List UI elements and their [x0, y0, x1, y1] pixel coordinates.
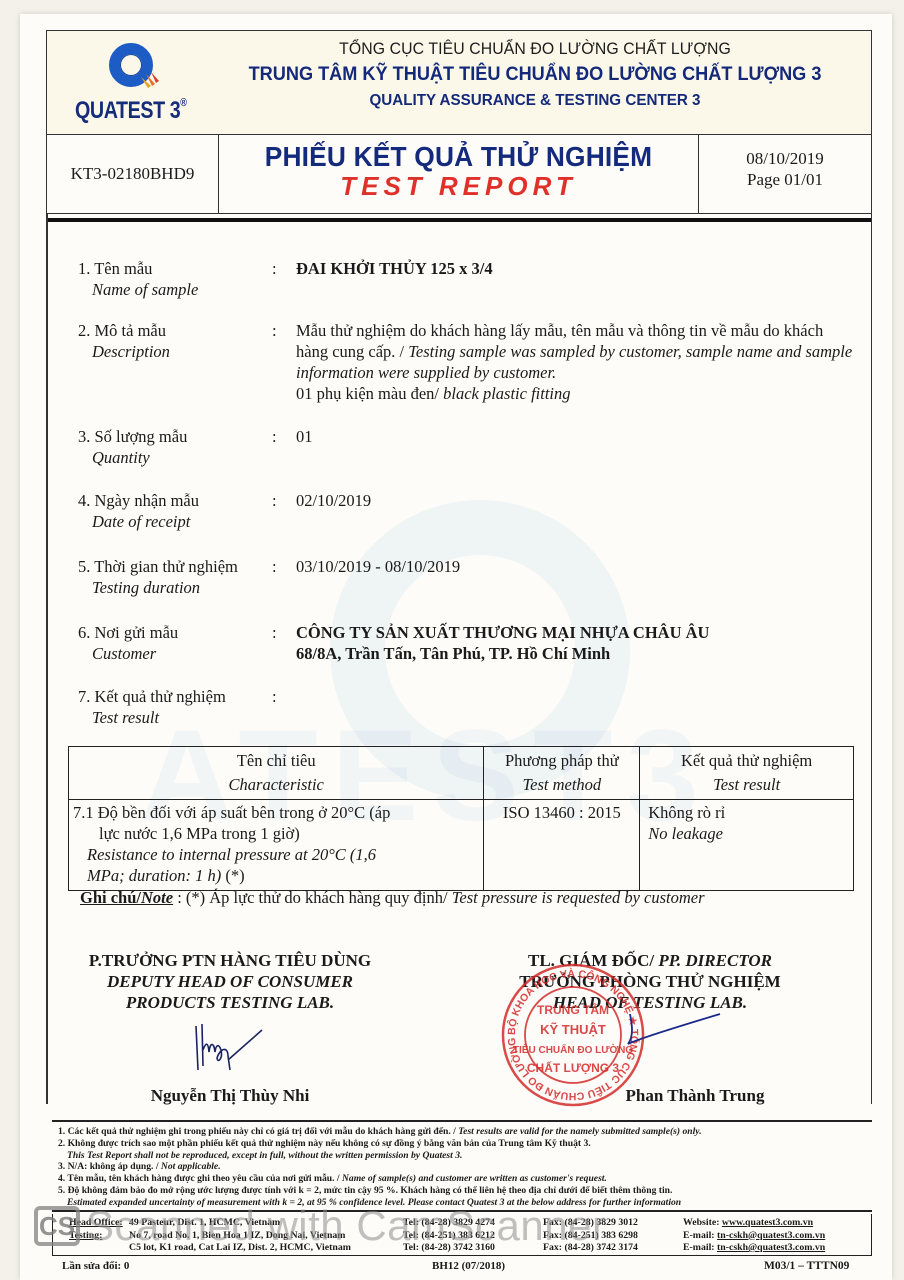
- results-table: Tên chỉ tiêuCharacteristic Phương pháp t…: [68, 746, 854, 891]
- field-value: CÔNG TY SẢN XUẤT THƯƠNG MẠI NHỰA CHÂU ÂU…: [296, 622, 856, 664]
- org-parent-name: TỔNG CỤC TIÊU CHUẨN ĐO LƯỜNG CHẤT LƯỢNG: [237, 39, 832, 59]
- disclaimer-item-en: This Test Report shall not be reproduced…: [58, 1150, 872, 1162]
- field-label-en: Testing duration: [78, 577, 274, 598]
- signature-icon: [188, 1020, 268, 1076]
- report-date-page: 08/10/2019 Page 01/01: [699, 135, 871, 213]
- org-name-en: QUALITY ASSURANCE & TESTING CENTER 3: [231, 92, 839, 110]
- report-title-vn: PHIẾU KẾT QUẢ THỬ NGHIỆM: [233, 141, 683, 173]
- field-label-en: Customer: [78, 643, 274, 664]
- field-value: 02/10/2019: [296, 490, 856, 511]
- signer-title-vn: P.TRƯỞNG PTN HÀNG TIÊU DÙNG: [70, 950, 390, 971]
- note: Ghi chú/Note : (*) Áp lực thử do khách h…: [80, 888, 705, 908]
- logo-rays-icon: [139, 71, 161, 89]
- colon: :: [272, 320, 277, 341]
- customer-name: CÔNG TY SẢN XUẤT THƯƠNG MẠI NHỰA CHÂU ÂU: [296, 622, 856, 643]
- signer-name: Nguyễn Thị Thùy Nhi: [70, 1085, 390, 1106]
- page-number: Page 01/01: [699, 169, 871, 190]
- field-label-en: Test result: [78, 707, 274, 728]
- form-code: BH12 (07/2018): [432, 1260, 505, 1272]
- field-label-vn: 4. Ngày nhận mẫu: [78, 491, 199, 510]
- svg-text:CHẤT LƯỢNG 3: CHẤT LƯỢNG 3: [527, 1060, 620, 1075]
- email-link[interactable]: tn-cskh@quatest3.com.vn: [717, 1242, 825, 1253]
- field-label-vn: 1. Tên mẫu: [78, 259, 152, 278]
- website-link[interactable]: www.quatest3.com.vn: [722, 1217, 813, 1228]
- colon: :: [272, 556, 277, 577]
- report-title-en: TEST REPORT: [219, 171, 698, 202]
- svg-text:TIÊU CHUẨN ĐO LƯỜNG: TIÊU CHUẨN ĐO LƯỜNG: [513, 1043, 633, 1056]
- left-border: [46, 214, 48, 1104]
- letterhead: QUATEST 3® TỔNG CỤC TIÊU CHUẨN ĐO LƯỜNG …: [46, 30, 872, 134]
- disclaimer-item: 4. Tên mẫu, tên khách hàng được ghi theo…: [58, 1173, 872, 1185]
- field-value: Mẫu thử nghiệm do khách hàng lấy mẫu, tê…: [296, 320, 856, 404]
- cell-test-result: Không rò rỉ No leakage: [640, 800, 854, 891]
- report-date: 08/10/2019: [699, 148, 871, 169]
- header-divider: [46, 218, 872, 222]
- disclaimer-notes: 1. Các kết quả thử nghiệm ghi trong phiế…: [52, 1120, 872, 1212]
- svg-text:TRUNG TÂM: TRUNG TÂM: [537, 1002, 609, 1017]
- header-test-result: Kết quả thử nghiệmTest result: [640, 747, 854, 800]
- field-label-en: Name of sample: [78, 279, 274, 300]
- signer-title-en-2: PRODUCTS TESTING LAB.: [70, 992, 390, 1013]
- report-code: KT3-02180BHD9: [47, 135, 219, 213]
- camscanner-watermark: Scanned with CamScanner: [86, 1202, 606, 1250]
- svg-text:KỸ THUẬT: KỸ THUẬT: [540, 1022, 606, 1037]
- field-label-vn: 2. Mô tả mẫu: [78, 321, 166, 340]
- disclaimer-item: 5. Độ không đảm bảo đo mở rộng ước lượng…: [58, 1185, 872, 1197]
- right-border: [871, 214, 873, 1104]
- field-label-en: Quantity: [78, 447, 274, 468]
- revision-number: Lần sửa đổi: 0: [62, 1260, 129, 1272]
- quatest-logo: QUATEST 3®: [75, 43, 195, 133]
- field-label-vn: 5. Thời gian thử nghiệm: [78, 557, 238, 576]
- org-name-vn: TRUNG TÂM KỸ THUẬT TIÊU CHUẨN ĐO LƯỜNG C…: [237, 63, 832, 86]
- customer-address: 68/8A, Trần Tấn, Tân Phú, TP. Hồ Chí Min…: [296, 643, 856, 664]
- field-label-vn: 6. Nơi gửi mẫu: [78, 623, 178, 642]
- cell-test-method: ISO 13460 : 2015: [484, 800, 640, 891]
- web-email-column: Website: www.quatest3.com.vn E-mail: tn-…: [683, 1217, 873, 1255]
- field-label-vn: 7. Kết quả thử nghiệm: [78, 687, 226, 706]
- field-label-en: Description: [78, 341, 274, 362]
- disclaimer-item: 2. Không được trích sao một phần phiếu k…: [58, 1138, 872, 1150]
- camscanner-logo-icon: CS: [34, 1206, 80, 1246]
- header-characteristic: Tên chỉ tiêuCharacteristic: [69, 747, 484, 800]
- email-link[interactable]: tn-cskh@quatest3.com.vn: [717, 1230, 825, 1241]
- field-label-vn: 3. Số lượng mẫu: [78, 427, 187, 446]
- table-row: 7.1 Độ bền đối với áp suất bên trong ở 2…: [69, 800, 854, 891]
- report-header: KT3-02180BHD9 PHIẾU KẾT QUẢ THỬ NGHIỆM T…: [46, 134, 872, 214]
- cell-characteristic: 7.1 Độ bền đối với áp suất bên trong ở 2…: [69, 800, 484, 891]
- colon: :: [272, 426, 277, 447]
- report-title: PHIẾU KẾT QUẢ THỬ NGHIỆM TEST REPORT: [219, 135, 699, 213]
- header-test-method: Phương pháp thửTest method: [484, 747, 640, 800]
- colon: :: [272, 622, 277, 643]
- field-value: 03/10/2019 - 08/10/2019: [296, 556, 856, 577]
- disclaimer-item: 3. N/A: không áp dụng. / Not applicable.: [58, 1161, 872, 1173]
- description-item-vn: 01 phụ kiện màu đen/: [296, 384, 439, 403]
- colon: :: [272, 490, 277, 511]
- signature-icon: [620, 1010, 730, 1050]
- description-item-en: black plastic fitting: [443, 384, 570, 403]
- field-value: ĐAI KHỞI THỦY 125 x 3/4: [296, 258, 856, 279]
- field-label-en: Date of receipt: [78, 511, 274, 532]
- document-code: M03/1 – TTTN09: [764, 1260, 849, 1272]
- table-header-row: Tên chỉ tiêuCharacteristic Phương pháp t…: [69, 747, 854, 800]
- logo-wordmark: QUATEST 3®: [75, 97, 190, 125]
- colon: :: [272, 686, 277, 707]
- colon: :: [272, 258, 277, 279]
- disclaimer-item: 1. Các kết quả thử nghiệm ghi trong phiế…: [58, 1126, 872, 1138]
- signer-title-en: DEPUTY HEAD OF CONSUMER: [70, 971, 390, 992]
- field-value: 01: [296, 426, 856, 447]
